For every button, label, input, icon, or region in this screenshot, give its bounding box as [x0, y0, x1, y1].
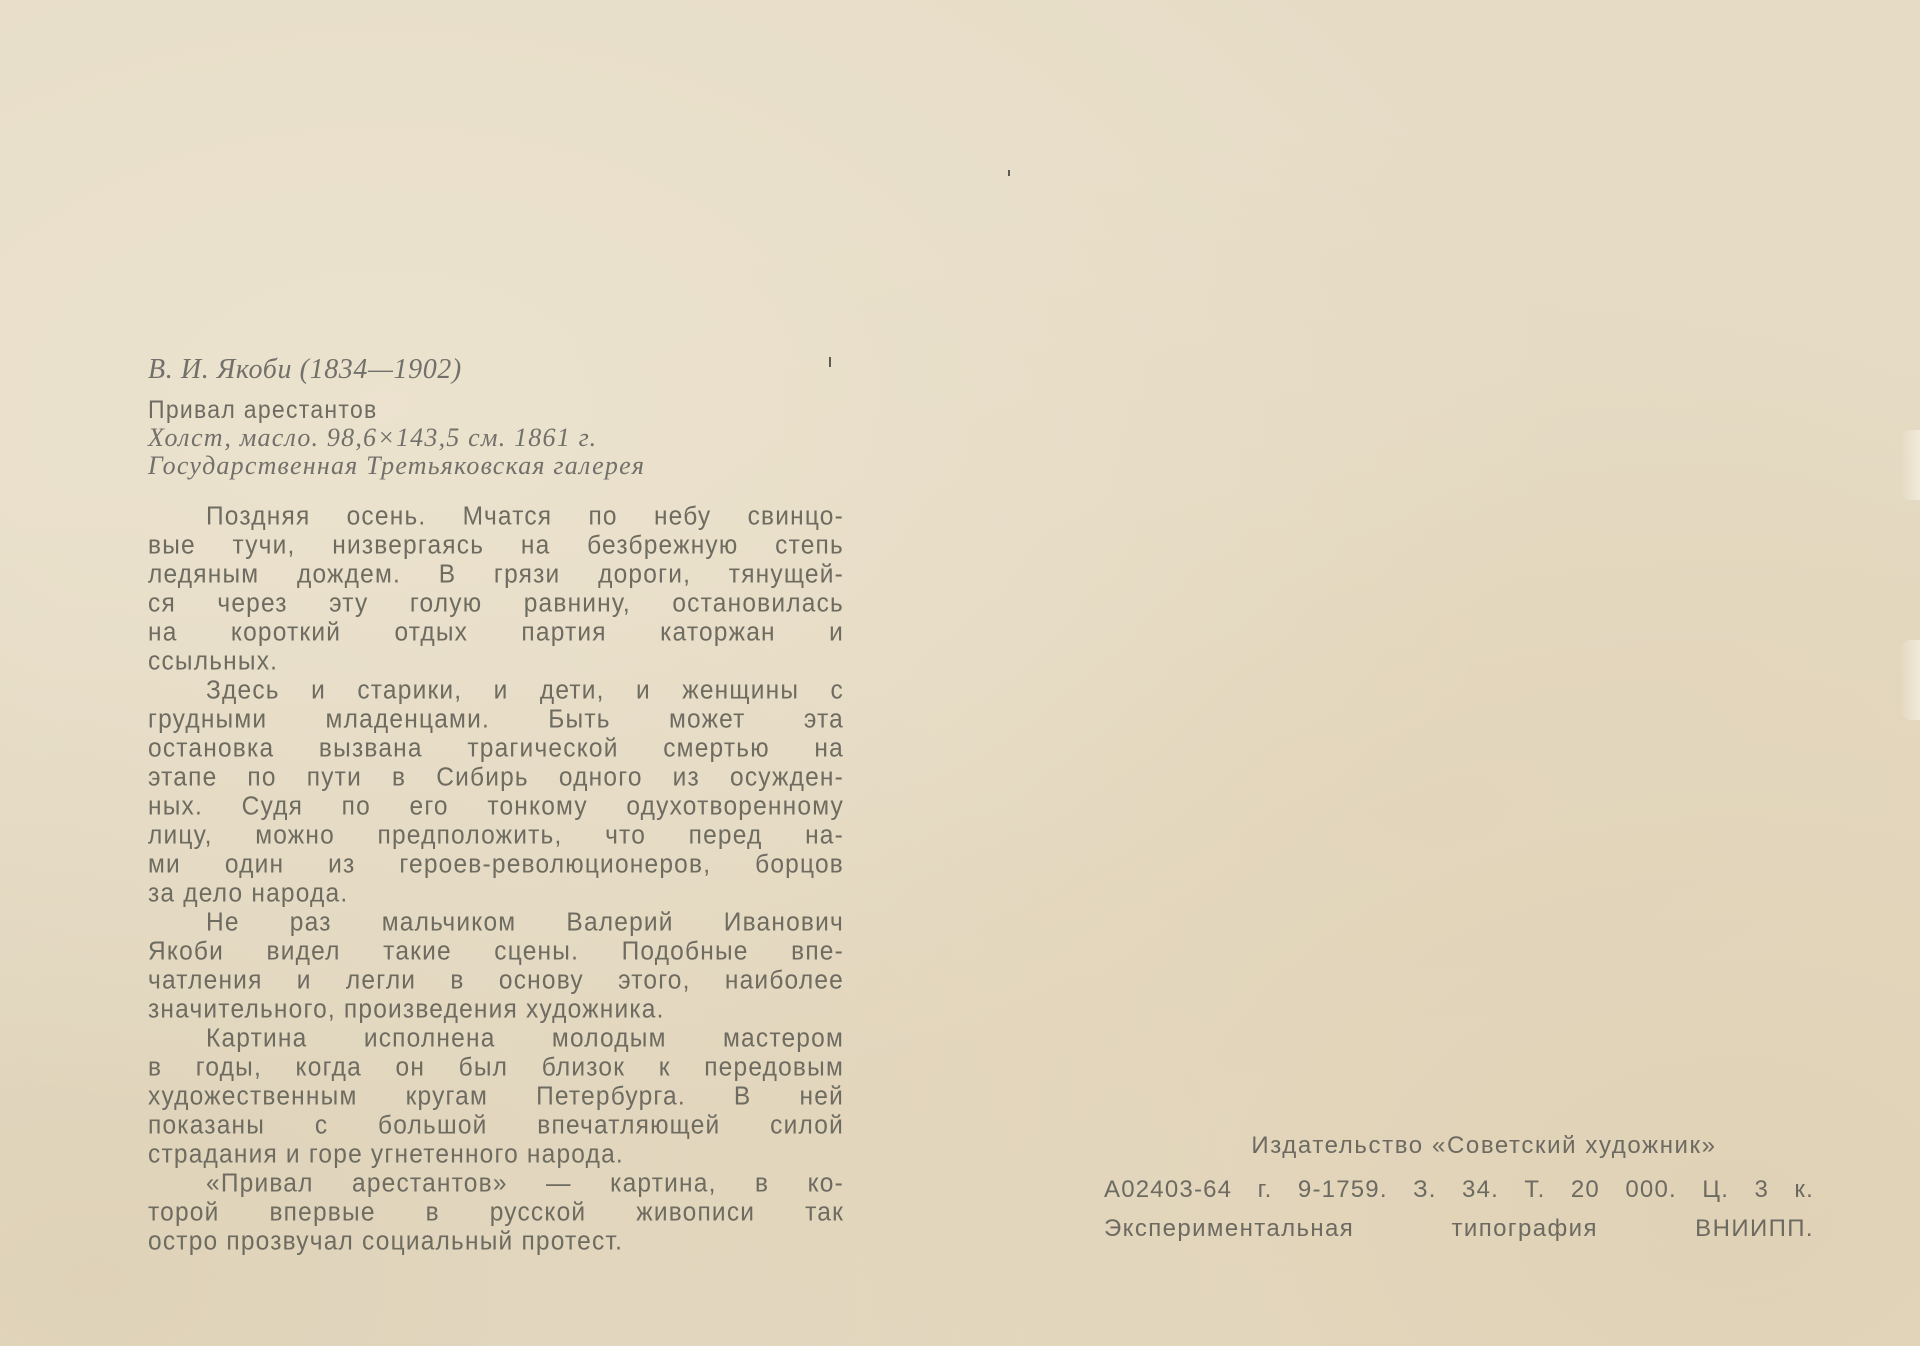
artwork-title: Привал арестантов — [148, 396, 788, 424]
paper-edge-wear — [1900, 640, 1920, 720]
paragraph: Здесь и старики, и дети, и женщины с гру… — [148, 676, 844, 908]
text-line: художественным кругам Петербурга. В ней — [148, 1081, 844, 1111]
text-line: ми один из героев-революционеров, борцов — [148, 849, 844, 879]
text-line: страдания и горе угнетенного народа. — [148, 1139, 844, 1169]
postcard-back: В. И. Якоби (1834—1902) Привал арестанто… — [0, 0, 1920, 1346]
publisher-imprint: Издательство «Советский художник» А02403… — [1104, 1128, 1814, 1248]
text-line: Здесь и старики, и дети, и женщины с — [148, 675, 844, 705]
text-line: ссыльных. — [148, 646, 844, 676]
text-line: «Привал арестантов» — картина, в ко- — [148, 1168, 844, 1198]
text-line: грудными младенцами. Быть может эта — [148, 704, 844, 734]
artwork-medium-dimensions: Холст, масло. 98,6×143,5 см. 1861 г. — [148, 424, 844, 452]
artwork-collection: Государственная Третьяковская галерея — [148, 452, 844, 480]
text-line: Якоби видел такие сцены. Подобные впе- — [148, 936, 844, 966]
text-line: Не раз мальчиком Валерий Иванович — [148, 907, 844, 937]
caption-and-description: В. И. Якоби (1834—1902) Привал арестанто… — [148, 350, 844, 1256]
paragraph: Не раз мальчиком Валерий Иванович Якоби … — [148, 908, 844, 1024]
paper-edge-wear — [1900, 430, 1920, 500]
paragraph: «Привал арестантов» — картина, в ко- тор… — [148, 1169, 844, 1256]
text-line: Поздняя осень. Мчатся по небу свинцо- — [148, 501, 844, 531]
text-line: показаны с большой впечатляющей силой — [148, 1110, 844, 1140]
artist-name-dates: В. И. Якоби (1834—1902) — [148, 350, 844, 390]
text-line: этапе по пути в Сибирь одного из осужден… — [148, 762, 844, 792]
text-line: ных. Судя по его тонкому одухотворенному — [148, 791, 844, 821]
description-text: Поздняя осень. Мчатся по небу свинцо- вы… — [148, 502, 844, 1256]
paragraph: Поздняя осень. Мчатся по небу свинцо- вы… — [148, 502, 844, 676]
printer-name: Экспериментальная типография ВНИИПП. — [1104, 1210, 1814, 1248]
print-run-details: А02403-64 г. 9-1759. З. 34. Т. 20 000. Ц… — [1104, 1170, 1814, 1210]
text-line: за дело народа. — [148, 878, 844, 908]
stray-ink-mark — [1008, 170, 1010, 176]
text-line: чатления и легли в основу этого, наиболе… — [148, 965, 844, 995]
text-line: остро прозвучал социальный протест. — [148, 1226, 844, 1256]
text-line: Картина исполнена молодым мастером — [148, 1023, 844, 1053]
text-line: ледяным дождем. В грязи дороги, тянущей- — [148, 559, 844, 589]
paragraph: Картина исполнена молодым мастером в год… — [148, 1024, 844, 1169]
text-line: остановка вызвана трагической смертью на — [148, 733, 844, 763]
text-line: ся через эту голую равнину, остановилась — [148, 588, 844, 618]
text-line: лицу, можно предположить, что перед на- — [148, 820, 844, 850]
text-line: значительного, произведения художника. — [148, 994, 844, 1024]
text-line: вые тучи, низвергаясь на безбрежную степ… — [148, 530, 844, 560]
artwork-caption: В. И. Якоби (1834—1902) Привал арестанто… — [148, 350, 844, 480]
text-line: в годы, когда он был близок к передовым — [148, 1052, 844, 1082]
text-line: на короткий отдых партия каторжан и — [148, 617, 844, 647]
publisher-name: Издательство «Советский художник» — [1104, 1128, 1814, 1164]
text-line: торой впервые в русской живописи так — [148, 1197, 844, 1227]
